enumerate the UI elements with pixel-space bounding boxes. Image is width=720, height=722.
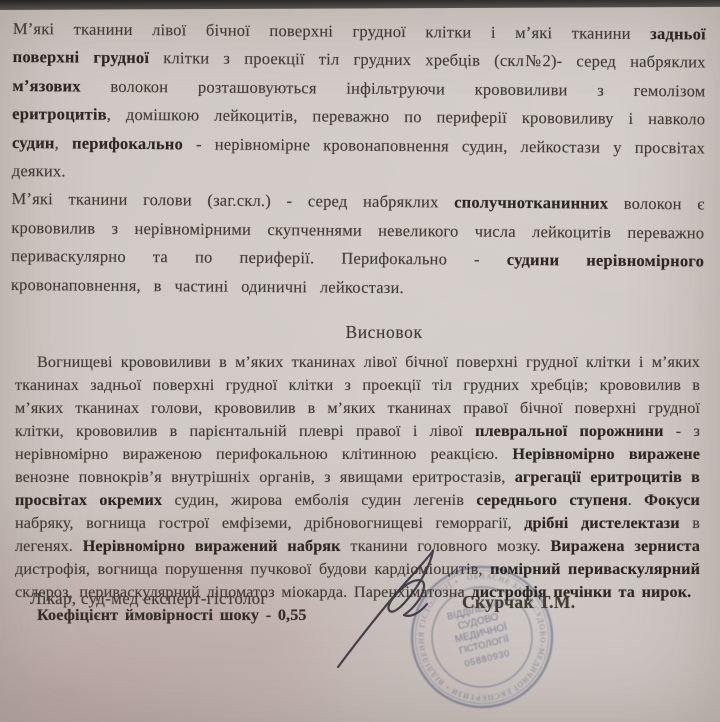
conclusion-heading: Висновок bbox=[0, 322, 720, 343]
photo-dark-edge bbox=[0, 0, 720, 10]
expert-name: Скурчак Т.М. bbox=[462, 592, 576, 613]
handwritten-signature bbox=[330, 543, 465, 678]
expert-role-label: Лікар, суд-мед експерт-гістолог bbox=[30, 589, 268, 609]
findings-paragraph-head: М’які тканини голови (заг.скл.) - серед … bbox=[11, 185, 705, 304]
signature-main-stroke bbox=[338, 551, 433, 667]
findings-section: М’які тканини лівої бічної поверхні груд… bbox=[11, 15, 706, 304]
scanned-document-page: М’які тканини лівої бічної поверхні груд… bbox=[0, 0, 720, 722]
findings-paragraph-chest: М’які тканини лівої бічної поверхні груд… bbox=[12, 15, 706, 191]
